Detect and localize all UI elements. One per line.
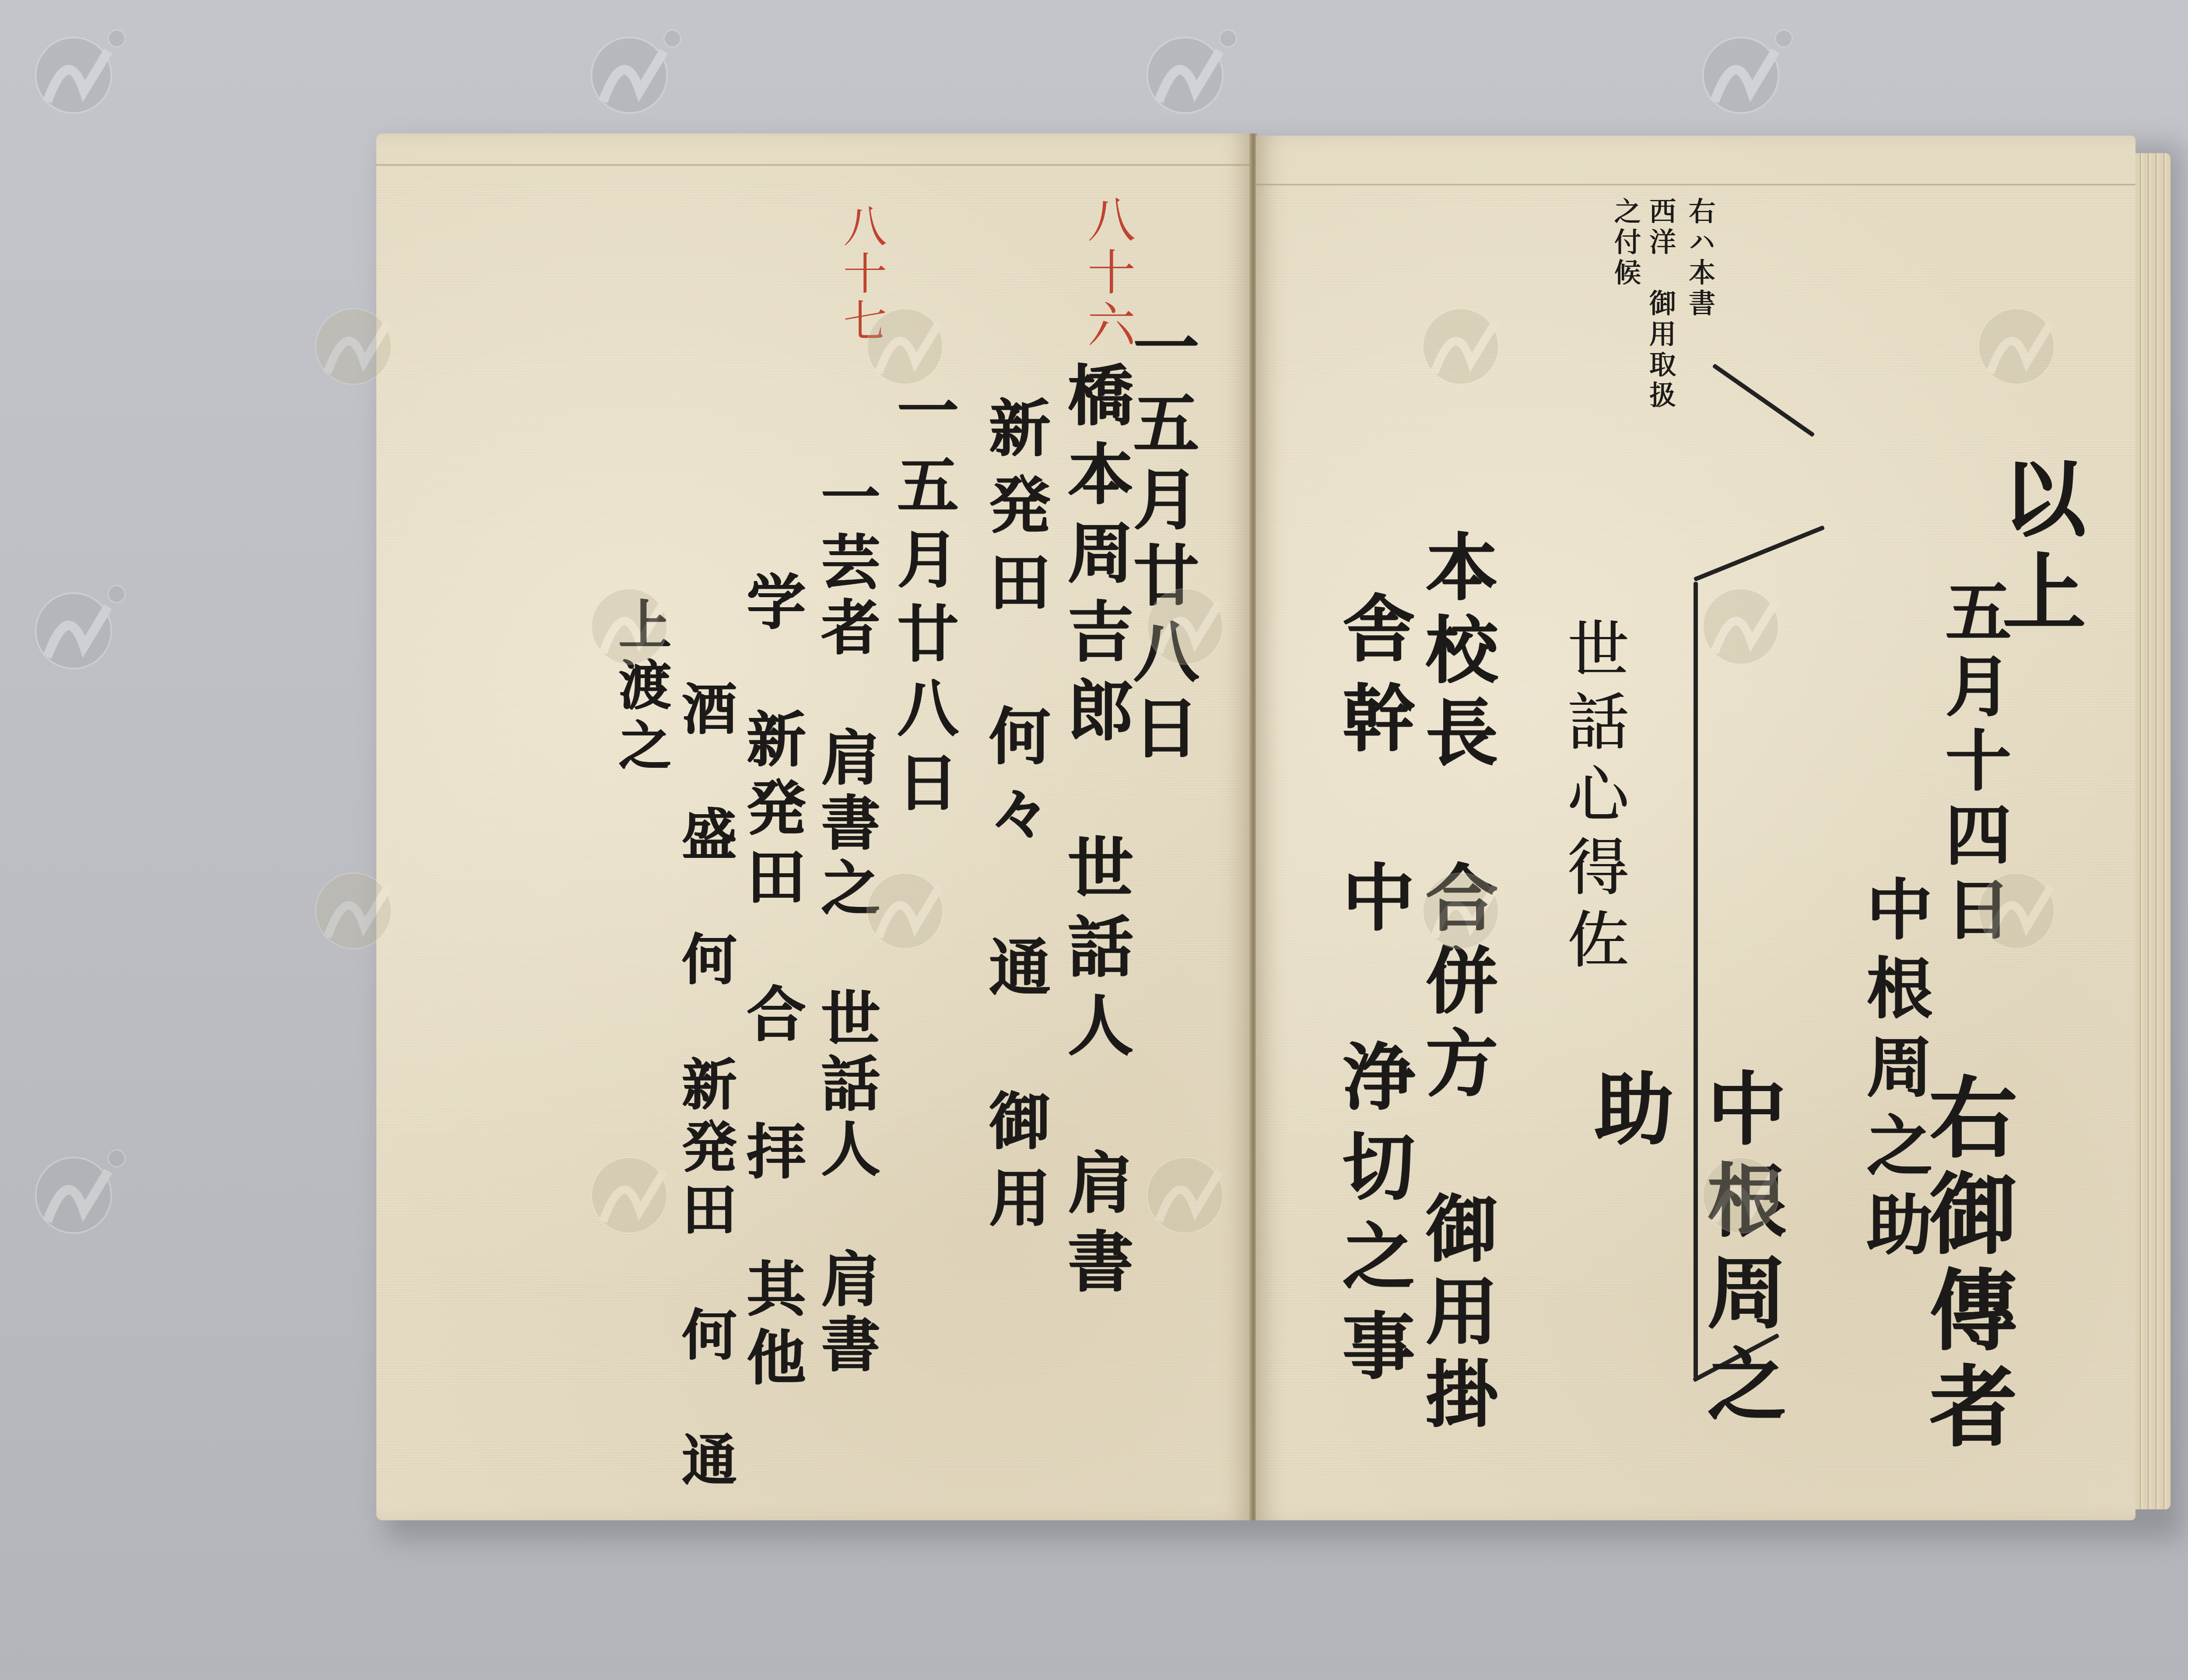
top-fold-line bbox=[376, 164, 1252, 166]
watermark-logo-icon bbox=[306, 289, 411, 394]
text-column: 酒 盛 何 新発田 何 通 bbox=[665, 680, 744, 1494]
watermark-logo-icon bbox=[1138, 1137, 1243, 1242]
text-column: 舎幹 中 浄切之事 bbox=[1322, 591, 1425, 1398]
page-stack-edge bbox=[2135, 153, 2170, 1509]
top-fold-line bbox=[1256, 184, 2135, 185]
watermark-logo-icon bbox=[1413, 289, 1518, 394]
watermark-logo-icon bbox=[26, 573, 131, 678]
watermark-logo-icon bbox=[1413, 853, 1518, 958]
text-column: 橋本周吉郎 世話人 肩書 bbox=[1048, 361, 1142, 1306]
watermark-logo-icon bbox=[1694, 1137, 1799, 1242]
watermark-logo-icon bbox=[582, 569, 687, 674]
text-column: 世話心得佐 bbox=[1549, 617, 1637, 980]
watermark-logo-icon bbox=[26, 1137, 131, 1242]
text-column: 新発田 何々 通 御用 bbox=[971, 396, 1059, 1243]
watermark-logo-icon bbox=[1138, 17, 1243, 122]
watermark-logo-icon bbox=[582, 17, 687, 122]
text-column: 中根周之助 bbox=[1571, 1067, 1797, 1520]
note-column: 之付候 bbox=[1606, 197, 1645, 289]
watermark-logo-icon bbox=[582, 1137, 687, 1242]
bracket-stroke bbox=[1712, 364, 1815, 437]
watermark-logo-icon bbox=[1694, 17, 1799, 122]
note-column: 右ハ本書 bbox=[1680, 197, 1719, 319]
watermark-logo-icon bbox=[306, 853, 411, 958]
watermark-logo-icon bbox=[26, 17, 131, 122]
note-column: 西洋 御用取扱 bbox=[1641, 197, 1680, 411]
watermark-logo-icon bbox=[1694, 569, 1799, 674]
text-column: 一五月廿八日 bbox=[879, 378, 967, 825]
watermark-logo-icon bbox=[858, 289, 963, 394]
watermark-logo-icon bbox=[858, 853, 963, 958]
watermark-logo-icon bbox=[1969, 289, 2074, 394]
left-page: 八十六 八十七 一五月廿八日 橋本周吉郎 世話人 肩書 新発田 何々 通 御用 … bbox=[376, 133, 1252, 1520]
watermark-logo-icon bbox=[1969, 853, 2074, 958]
watermark-logo-icon bbox=[1138, 569, 1243, 674]
text-column: 右御傳者 bbox=[1904, 1072, 2029, 1457]
